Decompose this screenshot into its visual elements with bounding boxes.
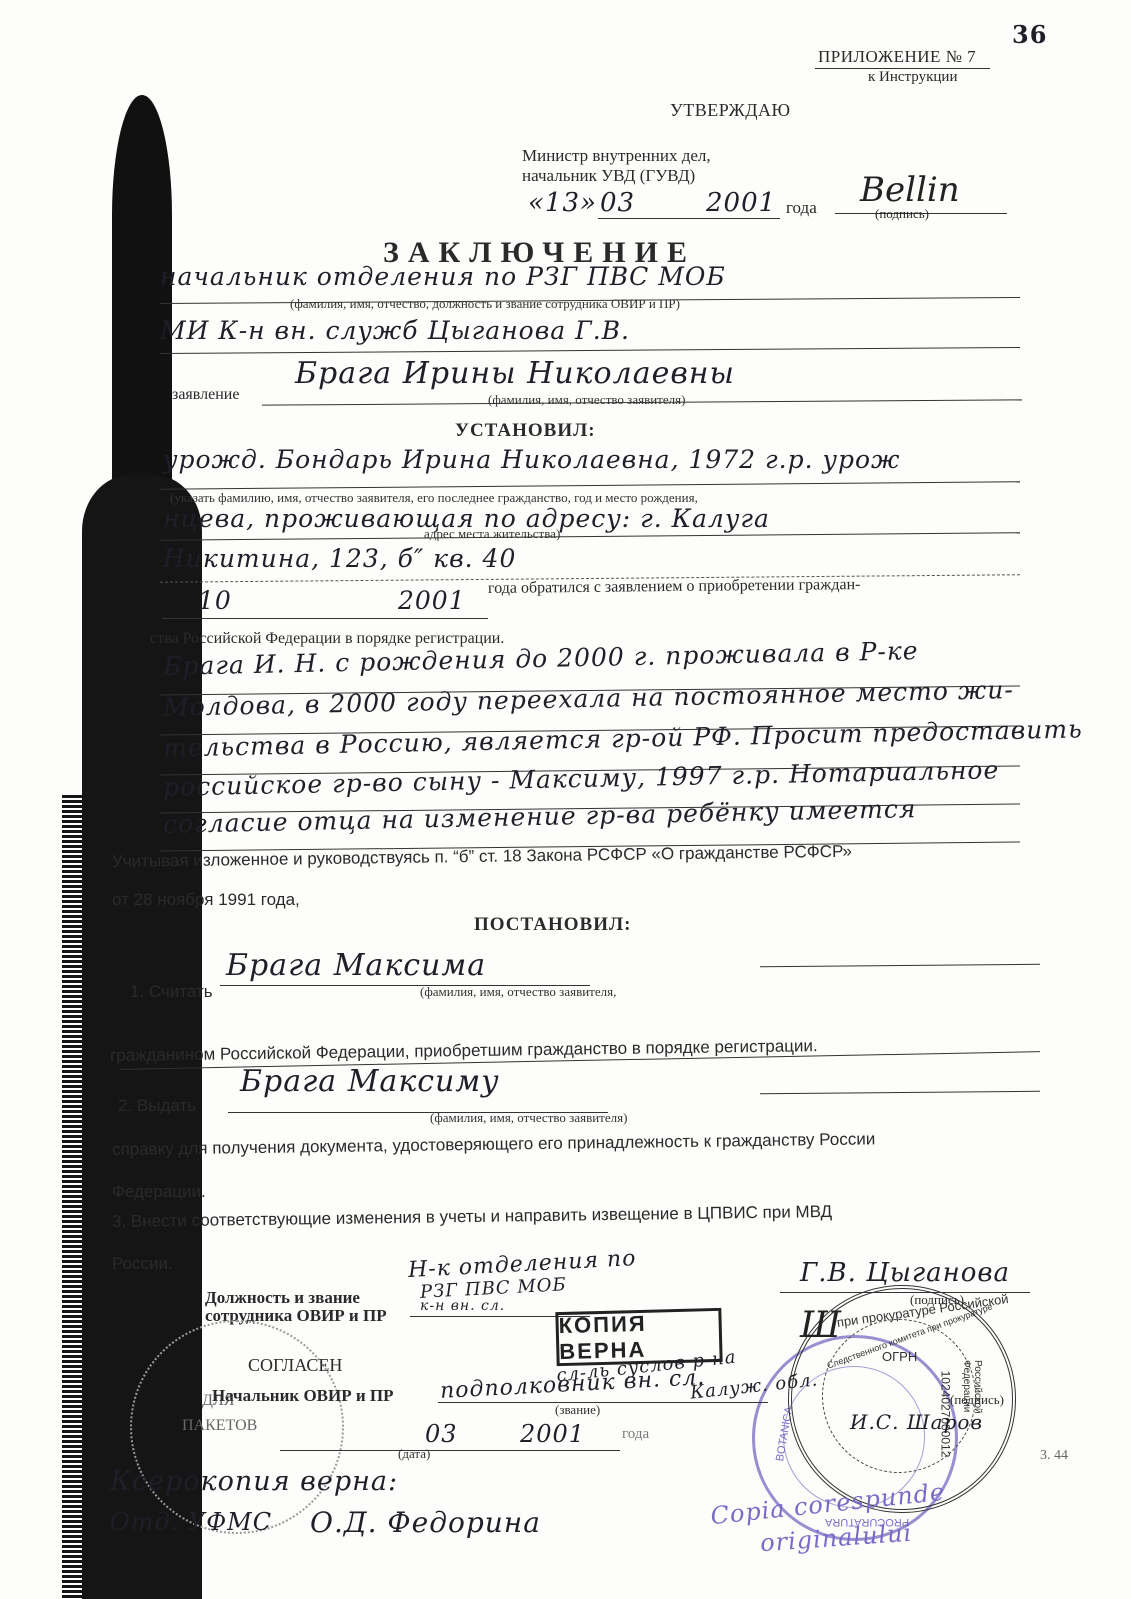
- decided-item1-label: 1. Считать: [130, 982, 213, 1002]
- officer-line1: начальник отделения по РЗГ ПВС МОБ: [160, 262, 726, 291]
- agreed-date-suffix: года: [622, 1426, 649, 1443]
- seal-text: ПАКЕТОВ: [182, 1417, 257, 1435]
- decided-item1-caption: (фамилия, имя, отчество заявителя,: [420, 984, 616, 1000]
- body-line: согласие отца на изменение гр-ва ребёнку…: [163, 794, 917, 839]
- certification-signer: О.Д. Федорина: [310, 1506, 541, 1539]
- date-line: [598, 218, 780, 219]
- field-line: [760, 1091, 1040, 1094]
- agreed-date-caption: (дата): [398, 1446, 430, 1462]
- approval-line1: Министр внутренних дел,: [522, 146, 711, 166]
- agreed-label: Начальник ОВИР и ПР: [212, 1386, 394, 1406]
- seal-text: ОГРН: [882, 1349, 917, 1364]
- decided-item2-name: Брага Максиму: [240, 1064, 500, 1099]
- decided-item1-name: Брага Максима: [226, 948, 486, 983]
- established-heading: УСТАНОВИЛ:: [455, 420, 596, 442]
- approval-date-month: 03: [600, 188, 635, 218]
- field-line: [160, 532, 1020, 541]
- application-date-day: 10: [198, 586, 232, 615]
- approval-date-year: 2001: [706, 188, 776, 218]
- agreed-signer: И.С. Шаров: [850, 1410, 983, 1434]
- field-line: [160, 347, 1020, 354]
- approval-heading: УТВЕРЖДАЮ: [670, 100, 791, 121]
- agreed-date-year: 2001: [520, 1420, 585, 1448]
- officer-line1-caption: (фамилия, имя, отчество, должность и зва…: [290, 296, 680, 312]
- decided-item2-label: 2. Выдать: [118, 1096, 196, 1116]
- agreed-date-month: 03: [425, 1420, 458, 1448]
- field-line: [438, 1402, 768, 1403]
- officer-sign-label1: Должность и звание: [205, 1288, 360, 1308]
- agreed-signature-caption: (подпись): [950, 1392, 1004, 1408]
- round-seal-grey: ДЛЯ ПАКЕТОВ: [130, 1320, 344, 1534]
- decided-item2-text1: справку для получения документа, удостов…: [112, 1129, 876, 1160]
- established-line4: года обратился с заявлением о приобретен…: [488, 576, 861, 598]
- certification-line2: Отд. УФМС: [110, 1508, 272, 1536]
- field-line: [760, 964, 1040, 967]
- body-line: Молдова, в 2000 году переехала на постоя…: [163, 675, 1014, 722]
- appendix-title: ПРИЛОЖЕНИЕ № 7: [818, 47, 976, 67]
- decided-heading: ПОСТАНОВИЛ:: [474, 914, 631, 936]
- decided-item2-text2: Федерации.: [112, 1182, 206, 1202]
- agreed-rank-caption: (звание): [555, 1402, 600, 1418]
- date-line: [280, 1450, 620, 1451]
- approval-signature: Bellin: [860, 170, 960, 210]
- date-line: [162, 618, 488, 619]
- certification-line1: Ксерокопия верна:: [110, 1466, 398, 1497]
- approval-date-day: «13»: [528, 188, 597, 218]
- approval-year-suffix: года: [786, 198, 817, 218]
- approval-signature-caption: (подпись): [875, 206, 929, 222]
- approval-line2: начальник УВД (ГУВД): [522, 166, 695, 186]
- purple-certification2: originalului: [759, 1519, 913, 1558]
- appendix-subtitle: к Инструкции: [868, 69, 957, 86]
- right-fragment: 3. 44: [1040, 1448, 1068, 1464]
- decided-item3-text: 3. Внести соответствующие изменения в уч…: [112, 1202, 832, 1232]
- applicant-name: Брага Ирины Николаевны: [295, 356, 735, 391]
- field-line: [160, 481, 1020, 490]
- decided-item3-text2: России.: [112, 1254, 173, 1274]
- application-date-year: 2001: [398, 586, 466, 615]
- established-line3: Никитина, 123, б″ кв. 40: [163, 544, 516, 573]
- established-line2-caption: адрес места жительства): [424, 526, 560, 542]
- agreed-heading: СОГЛАСЕН: [248, 1355, 342, 1376]
- officer-position-hand3: к-н вн. сл.: [420, 1298, 505, 1314]
- page-number: 36: [1012, 20, 1047, 49]
- officer-line2: МИ К-н вн. служб Цыганова Г.В.: [160, 316, 630, 345]
- established-line1: урожд. Бондарь Ирина Николаевна, 1972 г.…: [163, 445, 900, 474]
- officer-signature: Г.В. Цыганова: [800, 1258, 1010, 1288]
- application-label: заявление: [172, 386, 239, 404]
- applicant-caption: (фамилия, имя, отчество заявителя): [488, 392, 685, 408]
- decided-item2-caption: (фамилия, имя, отчество заявителя): [430, 1110, 627, 1126]
- legal-basis-line1: Учитывая изложенное и руководствуясь п. …: [112, 842, 852, 872]
- legal-basis-line2: от 28 ноября 1991 года,: [112, 890, 300, 910]
- agreed-signature: Ш: [800, 1305, 841, 1346]
